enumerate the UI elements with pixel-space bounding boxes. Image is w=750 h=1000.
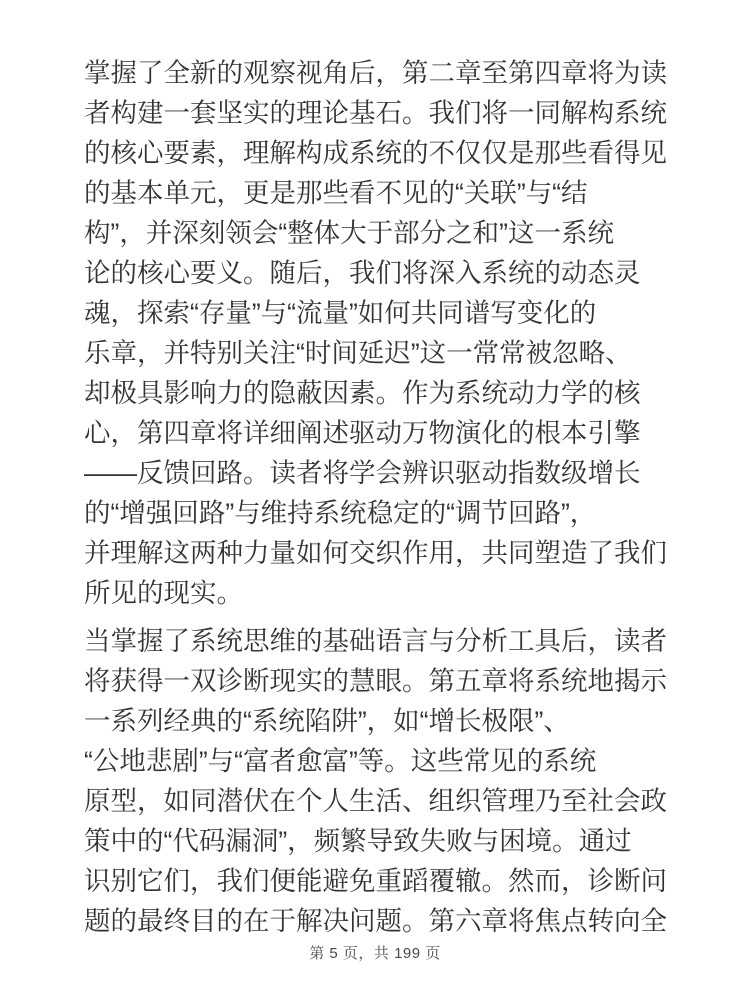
document-page: 掌握了全新的观察视角后，第二章至第四章将为读者构建一套坚实的理论基石。我们将一同… [0,0,750,1000]
text-line: 的核心要素，理解构成系统的不仅仅是那些看得见 [84,133,680,173]
page-text: 掌握了全新的观察视角后，第二章至第四章将为读者构建一套坚实的理论基石。我们将一同… [84,53,680,941]
paragraph: 当掌握了系统思维的基础语言与分析工具后，读者将获得一双诊断现实的慧眼。第五章将系… [84,621,680,941]
text-line: 并理解这两种力量如何交织作用，共同塑造了我们 [84,533,680,573]
text-line: 的“增强回路”与维持系统稳定的“调节回路”， [84,493,680,533]
page-number-footer: 第 5 页，共 199 页 [0,944,750,964]
text-line: 一系列经典的“系统陷阱”，如“增长极限”、 [84,701,680,741]
text-line: 乐章，并特别关注“时间延迟”这一常常被忽略、 [84,333,680,373]
text-line: 原型，如同潜伏在个人生活、组织管理乃至社会政 [84,781,680,821]
text-line: 却极具影响力的隐蔽因素。作为系统动力学的核 [84,373,680,413]
text-line: 识别它们，我们便能避免重蹈覆辙。然而，诊断问 [84,861,680,901]
text-line: 构”，并深刻领会“整体大于部分之和”这一系统 [84,213,680,253]
text-line: 将获得一双诊断现实的慧眼。第五章将系统地揭示 [84,661,680,701]
text-line: 的基本单元，更是那些看不见的“关联”与“结 [84,173,680,213]
text-line: 魂，探索“存量”与“流量”如何共同谱写变化的 [84,293,680,333]
text-line: “公地悲剧”与“富者愈富”等。这些常见的系统 [84,741,680,781]
text-line: 题的最终目的在于解决问题。第六章将焦点转向全 [84,901,680,941]
text-line: 当掌握了系统思维的基础语言与分析工具后，读者 [84,621,680,661]
text-line: 掌握了全新的观察视角后，第二章至第四章将为读 [84,53,680,93]
text-line: 所见的现实。 [84,573,680,613]
text-line: 论的核心要义。随后，我们将深入系统的动态灵 [84,253,680,293]
text-line: 者构建一套坚实的理论基石。我们将一同解构系统 [84,93,680,133]
paragraph: 掌握了全新的观察视角后，第二章至第四章将为读者构建一套坚实的理论基石。我们将一同… [84,53,680,613]
text-line: 策中的“代码漏洞”，频繁导致失败与困境。通过 [84,821,680,861]
text-line: ——反馈回路。读者将学会辨识驱动指数级增长 [84,453,680,493]
text-line: 心，第四章将详细阐述驱动万物演化的根本引擎 [84,413,680,453]
